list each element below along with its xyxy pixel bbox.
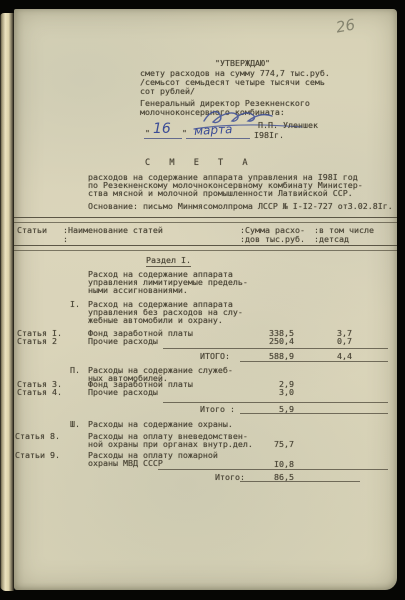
approval-stamp: "УТВЕРЖДАЮ" <box>215 58 270 68</box>
intro-line-3: ными ассигнованиями. <box>88 285 188 295</box>
sub3-num: Ш. <box>70 419 80 429</box>
sub1-num: I. <box>70 299 80 309</box>
sub1-line-3: жебные автомобили и охрану. <box>88 315 223 325</box>
total2-rule-below <box>240 413 388 414</box>
table-row-sum: I0,8 <box>236 459 294 469</box>
basis-line: Основание: письмо Минмясомолпрома ЛССР №… <box>88 201 393 211</box>
handwritten-date-month: марта <box>194 122 233 138</box>
header-col-articles: Статьи <box>17 225 47 235</box>
date-year: I98Iг. <box>254 130 284 140</box>
total1-rule-below <box>240 361 388 362</box>
table-row-name: Прочие расходы <box>88 387 158 397</box>
signer-name: П.П. Уленшек <box>258 120 318 130</box>
date-day-underline <box>144 138 182 139</box>
table-row-label: Статья 8. <box>15 431 60 441</box>
total2-rule-above <box>163 402 388 403</box>
date-month-underline <box>186 138 250 139</box>
total1-rule-above <box>163 348 388 349</box>
document-scan: 26 "УТВЕРЖДАЮ" смету расходов на сумму 7… <box>0 0 405 600</box>
header-col-name-colon: : <box>63 234 68 244</box>
header-col-name: :Наименование статей <box>63 225 163 235</box>
table-row-label: Статья 4. <box>17 387 62 397</box>
handwritten-page-number: 26 <box>335 15 357 36</box>
header-col-incl-2: :детсад <box>314 234 349 244</box>
total1-sum: 588,9 <box>236 351 294 361</box>
table-row-sum: 75,7 <box>236 439 294 449</box>
table-row-name-line-2: охраны МВД СССР <box>88 458 163 468</box>
table-row-label: Статья 2 <box>17 336 57 346</box>
table-row-name: Прочие расходы <box>88 336 158 346</box>
handwritten-date-day: 16 <box>153 121 171 137</box>
section-title: Раздел I. <box>146 255 191 267</box>
date-open-quote: " <box>145 128 150 138</box>
document-title: С М Е Т А <box>145 158 255 168</box>
header-col-sum-2: :дов тыс.руб. <box>240 234 305 244</box>
purpose-line-3: ства мясной и молочной промышленности Ла… <box>88 188 353 198</box>
approval-amount-words-2: сот рублей/ <box>140 86 195 96</box>
table-row-sum: 250,4 <box>236 336 294 346</box>
table-row-sum: 3,0 <box>236 387 294 397</box>
total1-kindergarten: 4,4 <box>309 351 352 361</box>
table-row-kindergarten: 0,7 <box>309 336 352 346</box>
total2-label: Итого : <box>200 404 235 414</box>
table-header-bottom-rule <box>14 245 397 251</box>
table-row-label: Статьи 9. <box>15 450 60 460</box>
page-binding-edge <box>0 13 14 591</box>
date-close-quote: " <box>182 128 187 138</box>
document-page: 26 "УТВЕРЖДАЮ" смету расходов на сумму 7… <box>14 9 397 590</box>
sub3-line-1: Расходы на содержание охраны. <box>88 419 233 429</box>
table-row-name-line-2: ной охраны при органах внутр.дел. <box>88 439 253 449</box>
total3-rule-above <box>158 469 388 470</box>
sub2-num: П. <box>70 365 80 375</box>
total1-label: ИТОГО: <box>200 351 230 361</box>
table-top-rule <box>14 217 397 223</box>
total3-rule-below <box>240 481 360 482</box>
